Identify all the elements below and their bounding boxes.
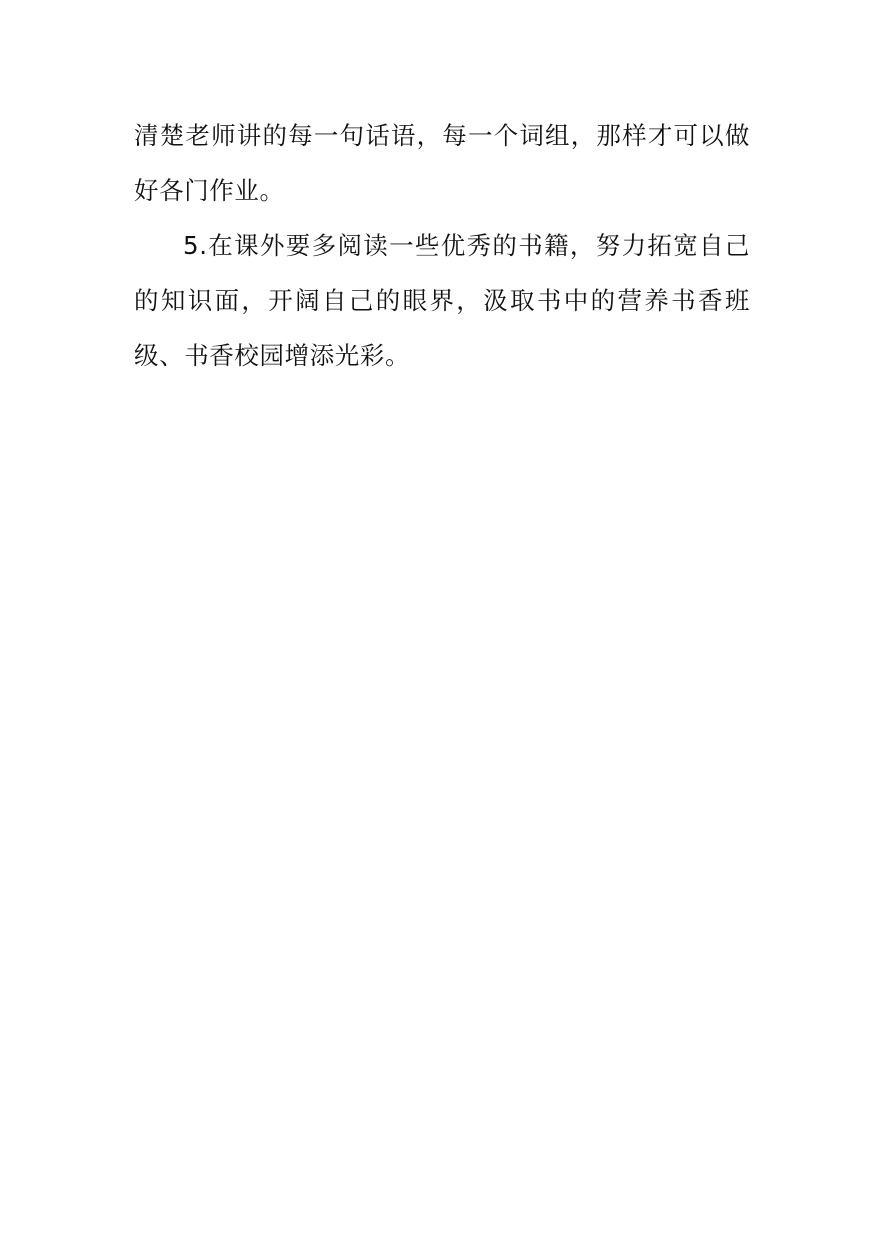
paragraph-item-5: 5.在课外要多阅读一些优秀的书籍，努力拓宽自己的知识面，开阔自己的眼界，汲取书中… xyxy=(134,218,750,383)
document-page: 清楚老师讲的每一句话语，每一个词组，那样才可以做好各门作业。 5.在课外要多阅读… xyxy=(0,0,884,1250)
document-body: 清楚老师讲的每一句话语，每一个词组，那样才可以做好各门作业。 5.在课外要多阅读… xyxy=(134,108,750,383)
paragraph-continuation: 清楚老师讲的每一句话语，每一个词组，那样才可以做好各门作业。 xyxy=(134,108,750,218)
